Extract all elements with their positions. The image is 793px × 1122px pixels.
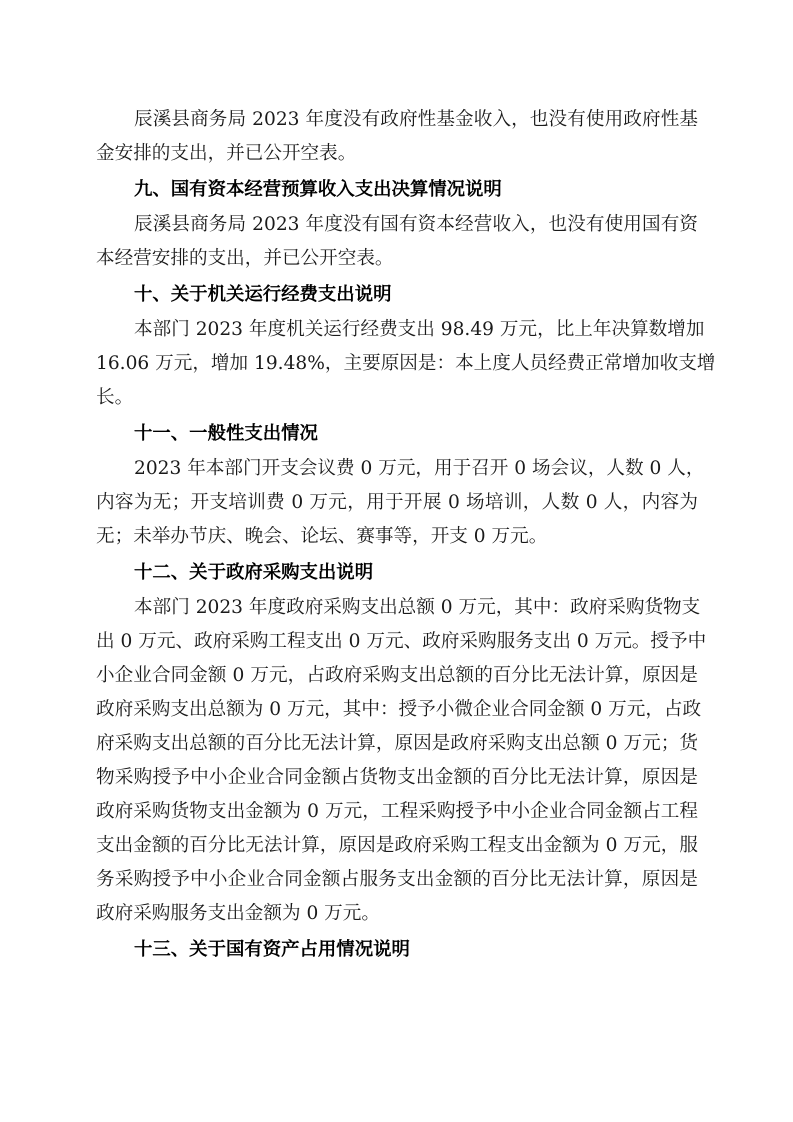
paragraph-operating-expenses: 本部门 2023 年度机关运行经费支出 98.49 万元，比上年决算数增加 16… xyxy=(96,313,698,415)
text-line: 政府采购服务支出金额为 0 万元。 xyxy=(96,897,698,931)
text-line: 无；未举办节庆、晚会、论坛、赛事等，开支 0 万元。 xyxy=(96,520,698,554)
text-line: 内容为无；开支培训费 0 万元，用于开展 0 场培训，人数 0 人，内容为 xyxy=(96,486,698,520)
section-heading-11: 十一、一般性支出情况 xyxy=(96,417,698,451)
text-line: 2023 年本部门开支会议费 0 万元，用于召开 0 场会议，人数 0 人， xyxy=(96,452,698,486)
text-line: 本部门 2023 年度机关运行经费支出 98.49 万元，比上年决算数增加 xyxy=(96,313,698,347)
section-heading-10: 十、关于机关运行经费支出说明 xyxy=(96,278,698,312)
document-page: 辰溪县商务局 2023 年度没有政府性基金收入，也没有使用政府性基 金安排的支出… xyxy=(96,103,698,968)
text-line: 支出金额的百分比无法计算，原因是政府采购工程支出金额为 0 万元，服 xyxy=(96,829,698,863)
text-line: 政府采购支出总额为 0 万元，其中：授予小微企业合同金额 0 万元，占政 xyxy=(96,693,698,727)
text-line: 务采购授予中小企业合同金额占服务支出金额的百分比无法计算，原因是 xyxy=(96,863,698,897)
paragraph-government-fund: 辰溪县商务局 2023 年度没有政府性基金收入，也没有使用政府性基 金安排的支出… xyxy=(96,103,698,171)
text-line: 本经营安排的支出，并已公开空表。 xyxy=(96,242,698,276)
text-line: 小企业合同金额 0 万元，占政府采购支出总额的百分比无法计算，原因是 xyxy=(96,659,698,693)
section-heading-9: 九、国有资本经营预算收入支出决算情况说明 xyxy=(96,173,698,207)
text-line: 辰溪县商务局 2023 年度没有国有资本经营收入，也没有使用国有资 xyxy=(96,208,698,242)
text-line: 辰溪县商务局 2023 年度没有政府性基金收入，也没有使用政府性基 xyxy=(96,103,698,137)
text-line: 本部门 2023 年度政府采购支出总额 0 万元，其中：政府采购货物支 xyxy=(96,591,698,625)
text-line: 物采购授予中小企业合同金额占货物支出金额的百分比无法计算，原因是 xyxy=(96,761,698,795)
text-line: 长。 xyxy=(96,381,698,415)
paragraph-general-expenses: 2023 年本部门开支会议费 0 万元，用于召开 0 场会议，人数 0 人， 内… xyxy=(96,452,698,554)
section-heading-13: 十三、关于国有资产占用情况说明 xyxy=(96,933,698,967)
paragraph-state-capital: 辰溪县商务局 2023 年度没有国有资本经营收入，也没有使用国有资 本经营安排的… xyxy=(96,208,698,276)
text-line: 政府采购货物支出金额为 0 万元，工程采购授予中小企业合同金额占工程 xyxy=(96,795,698,829)
paragraph-government-procurement: 本部门 2023 年度政府采购支出总额 0 万元，其中：政府采购货物支 出 0 … xyxy=(96,591,698,931)
text-line: 府采购支出总额的百分比无法计算，原因是政府采购支出总额 0 万元；货 xyxy=(96,727,698,761)
text-line: 出 0 万元、政府采购工程支出 0 万元、政府采购服务支出 0 万元。授予中 xyxy=(96,625,698,659)
section-heading-12: 十二、关于政府采购支出说明 xyxy=(96,556,698,590)
text-line: 金安排的支出，并已公开空表。 xyxy=(96,137,698,171)
text-line: 16.06 万元，增加 19.48%，主要原因是：本上度人员经费正常增加收支增 xyxy=(96,347,698,381)
